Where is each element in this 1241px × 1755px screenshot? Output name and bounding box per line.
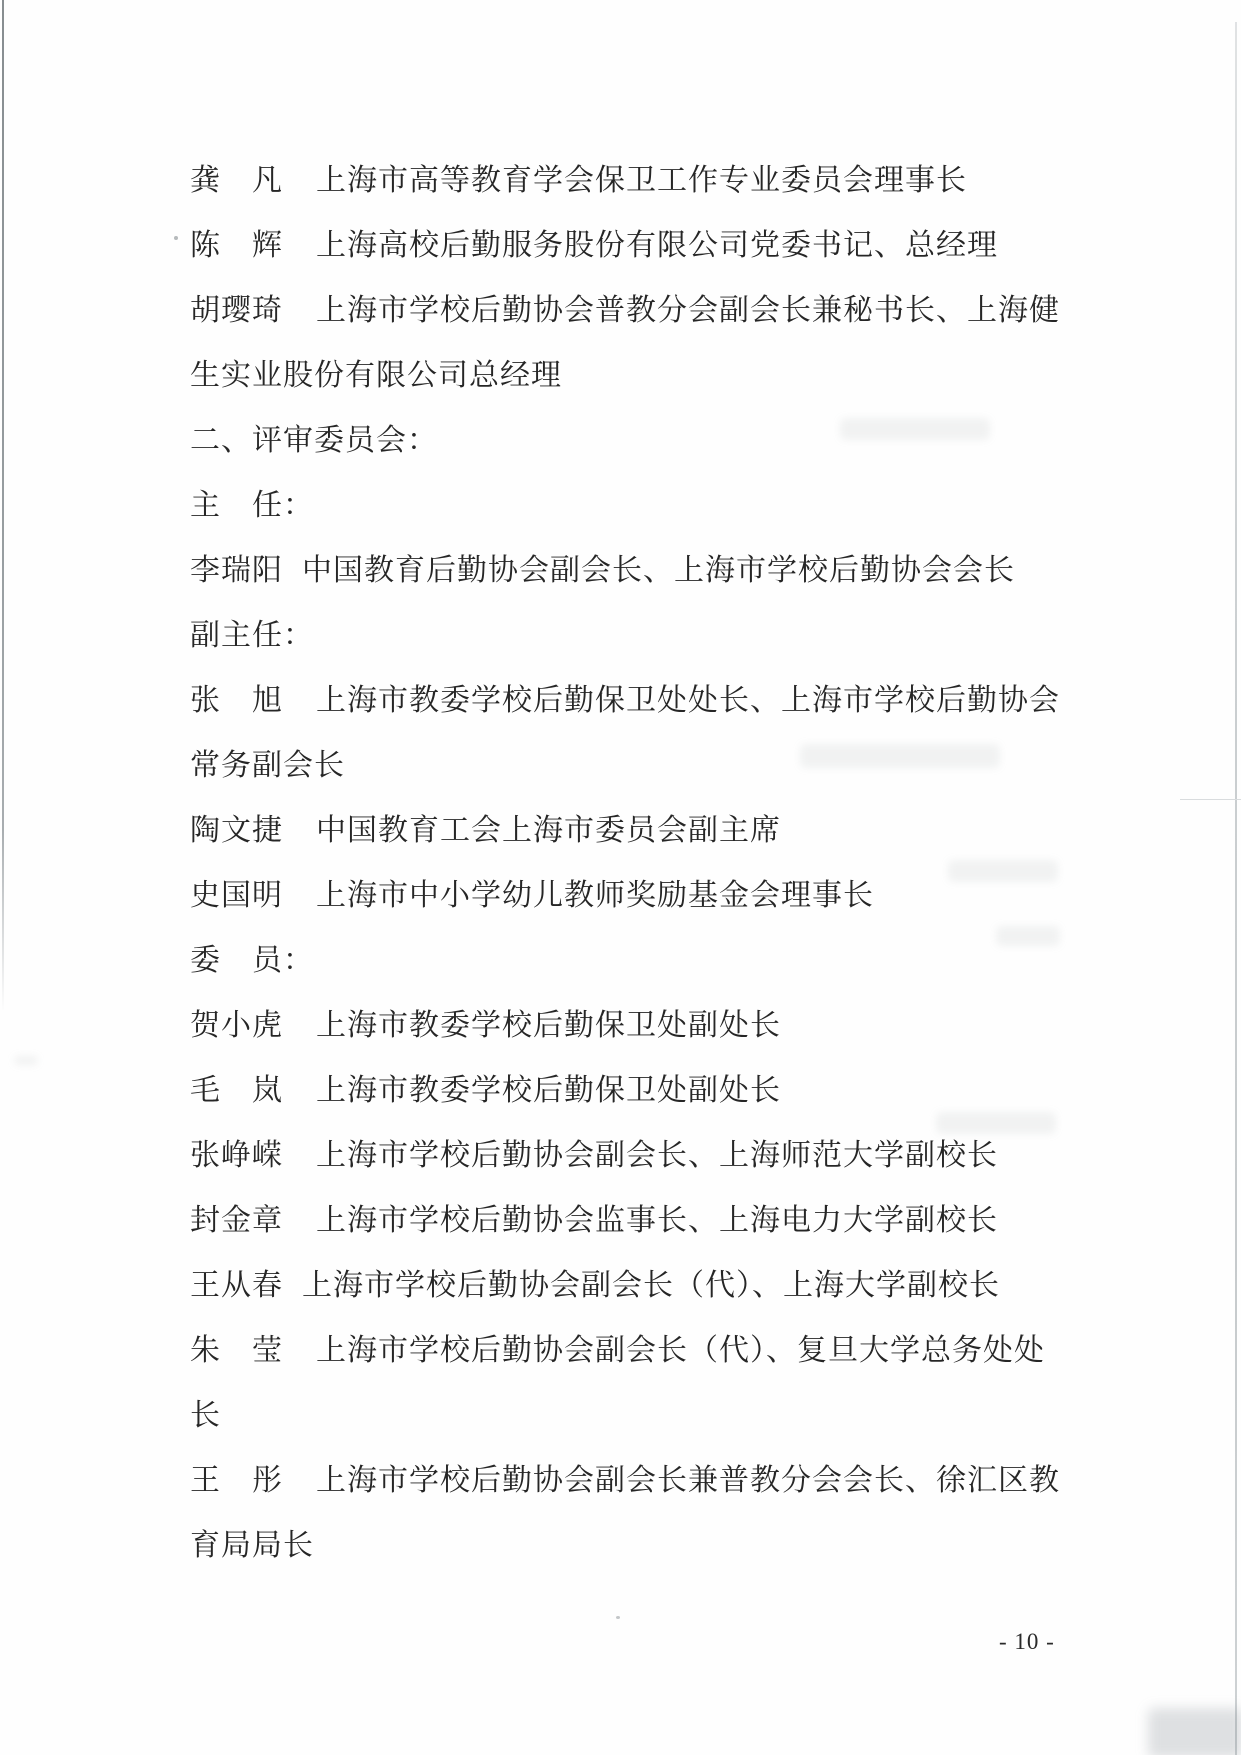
document-page: 龚 凡上海市高等教育学会保卫工作专业委员会理事长陈 辉上海高校后勤服务股份有限公… [0, 0, 1241, 1755]
member-title: 上海市学校后勤协会普教分会副会长兼秘书长、上海健 [316, 285, 1060, 329]
member-title: 上海市学校后勤协会副会长、上海师范大学副校长 [316, 1130, 998, 1174]
scan-crease-line [1180, 799, 1241, 800]
continuation-line: 育局局长 [190, 1509, 1170, 1574]
member-name: 李瑞阳 [190, 545, 302, 589]
member-title: 上海高校后勤服务股份有限公司党委书记、总经理 [316, 220, 998, 264]
member-name: 陈 辉 [190, 220, 316, 264]
member-entry-line: 朱 莹上海市学校后勤协会副会长（代）、复旦大学总务处处 [190, 1314, 1170, 1379]
member-title: 上海市高等教育学会保卫工作专业委员会理事长 [316, 155, 967, 199]
member-title: 上海市教委学校后勤保卫处副处长 [316, 1000, 781, 1044]
member-name: 朱 莹 [190, 1325, 316, 1369]
member-name: 史国明 [190, 870, 316, 914]
member-entry-line: 胡璎琦上海市学校后勤协会普教分会副会长兼秘书长、上海健 [190, 274, 1170, 339]
member-name: 王从春 [190, 1260, 302, 1304]
document-lines: 龚 凡上海市高等教育学会保卫工作专业委员会理事长陈 辉上海高校后勤服务股份有限公… [190, 144, 1170, 1574]
member-entry-line: 李瑞阳中国教育后勤协会副会长、上海市学校后勤协会会长 [190, 534, 1170, 599]
member-name: 毛 岚 [190, 1065, 316, 1109]
scan-left-edge-line [2, 0, 4, 1012]
member-entry-line: 史国明上海市中小学幼儿教师奖励基金会理事长 [190, 859, 1170, 924]
member-name: 王 彤 [190, 1455, 316, 1499]
member-name: 陶文捷 [190, 805, 316, 849]
member-title: 上海市学校后勤协会副会长兼普教分会会长、徐汇区教 [316, 1455, 1060, 1499]
member-entry-line: 王 彤上海市学校后勤协会副会长兼普教分会会长、徐汇区教 [190, 1444, 1170, 1509]
member-entry-line: 封金章上海市学校后勤协会监事长、上海电力大学副校长 [190, 1184, 1170, 1249]
member-name: 张峥嵘 [190, 1130, 316, 1174]
member-entry-line: 张 旭上海市教委学校后勤保卫处处长、上海市学校后勤协会 [190, 664, 1170, 729]
member-name: 张 旭 [190, 675, 316, 719]
section-heading: 主 任： [190, 469, 1170, 534]
page-number: - 10 - [999, 1629, 1055, 1655]
member-entry-line: 陈 辉上海高校后勤服务股份有限公司党委书记、总经理 [190, 209, 1170, 274]
member-entry-line: 王从春上海市学校后勤协会副会长（代）、上海大学副校长 [190, 1249, 1170, 1314]
member-title: 上海市学校后勤协会监事长、上海电力大学副校长 [316, 1195, 998, 1239]
member-entry-line: 毛 岚上海市教委学校后勤保卫处副处长 [190, 1054, 1170, 1119]
member-title: 中国教育工会上海市委员会副主席 [316, 805, 781, 849]
scan-speck [616, 1616, 620, 1619]
member-title: 中国教育后勤协会副会长、上海市学校后勤协会会长 [302, 545, 1015, 589]
member-name: 封金章 [190, 1195, 316, 1239]
scan-speck [174, 236, 178, 240]
member-name: 贺小虎 [190, 1000, 316, 1044]
continuation-line: 常务副会长 [190, 729, 1170, 794]
member-name: 胡璎琦 [190, 285, 316, 329]
continuation-line: 生实业股份有限公司总经理 [190, 339, 1170, 404]
continuation-line: 长 [190, 1379, 1170, 1444]
member-entry-line: 贺小虎上海市教委学校后勤保卫处副处长 [190, 989, 1170, 1054]
member-title: 上海市教委学校后勤保卫处副处长 [316, 1065, 781, 1109]
member-title: 上海市学校后勤协会副会长（代）、复旦大学总务处处 [316, 1325, 1045, 1369]
member-entry-line: 龚 凡上海市高等教育学会保卫工作专业委员会理事长 [190, 144, 1170, 209]
member-title: 上海市学校后勤协会副会长（代）、上海大学副校长 [302, 1260, 1000, 1304]
section-heading: 委 员： [190, 924, 1170, 989]
member-title: 上海市教委学校后勤保卫处处长、上海市学校后勤协会 [316, 675, 1060, 719]
scan-smudge [1148, 1708, 1241, 1755]
section-heading: 二、评审委员会： [190, 404, 1170, 469]
member-name: 龚 凡 [190, 155, 316, 199]
scan-right-edge-line [1235, 22, 1237, 1755]
section-heading: 副主任： [190, 599, 1170, 664]
member-title: 上海市中小学幼儿教师奖励基金会理事长 [316, 870, 874, 914]
member-entry-line: 张峥嵘上海市学校后勤协会副会长、上海师范大学副校长 [190, 1119, 1170, 1184]
member-entry-line: 陶文捷中国教育工会上海市委员会副主席 [190, 794, 1170, 859]
scan-smudge [14, 1056, 38, 1065]
